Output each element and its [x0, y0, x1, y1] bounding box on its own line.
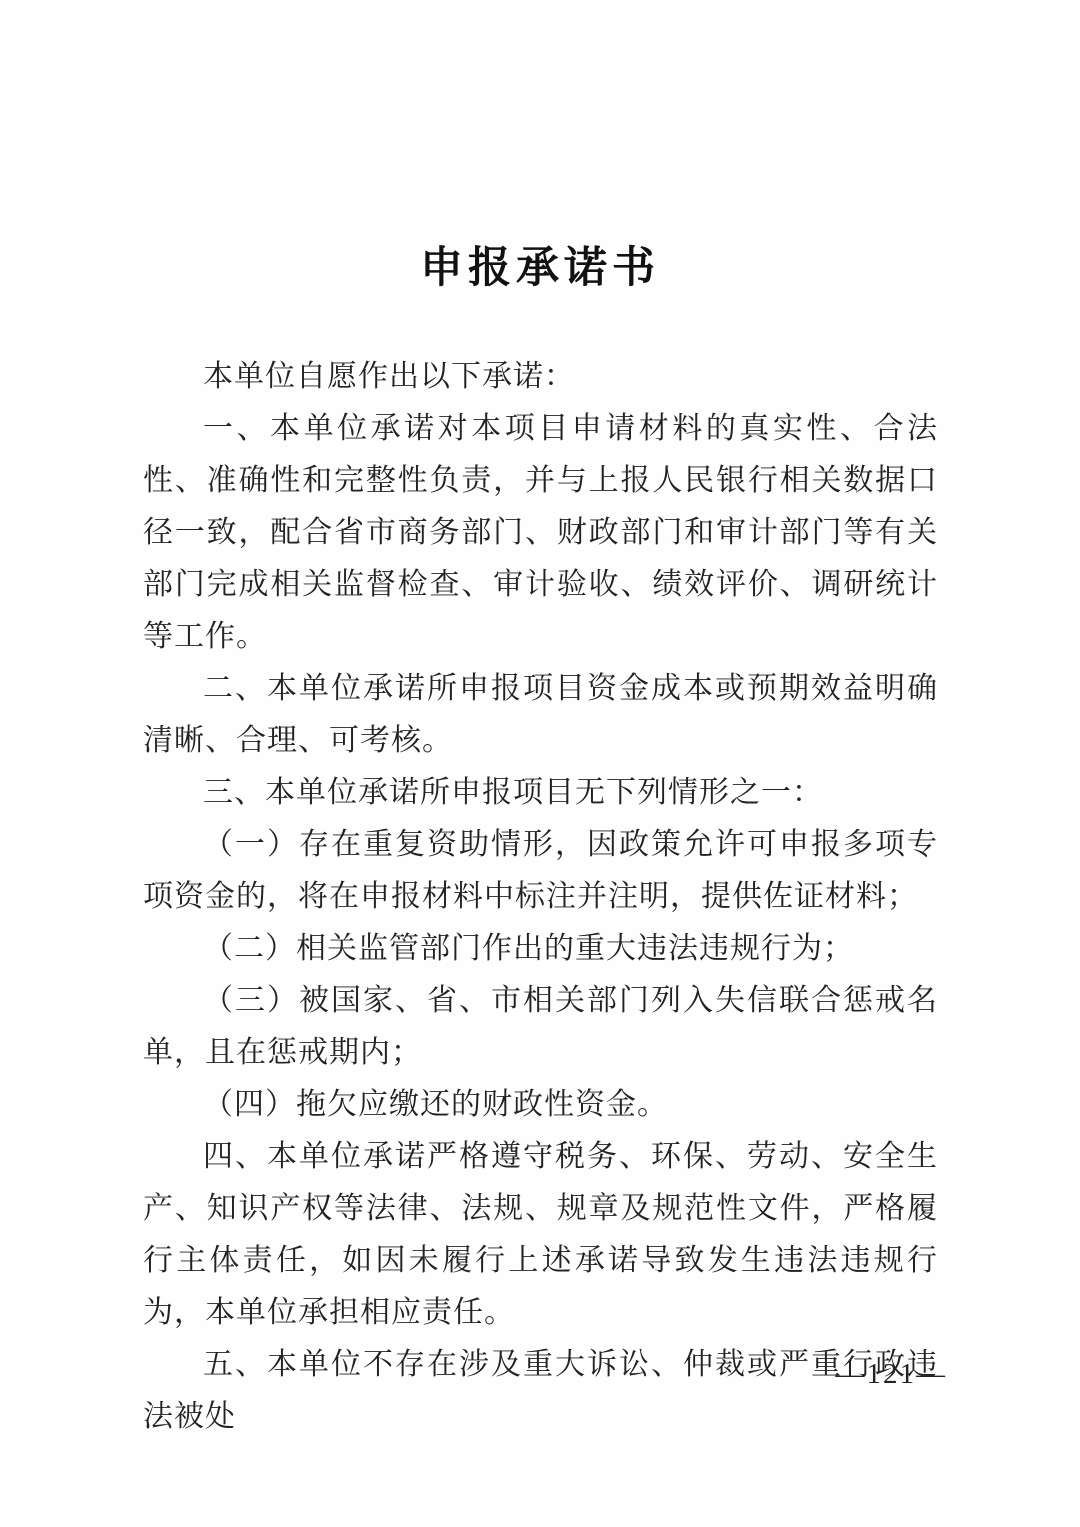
paragraph-intro: 本单位自愿作出以下承诺： — [143, 351, 938, 403]
document-body: 本单位自愿作出以下承诺： 一、本单位承诺对本项目申请材料的真实性、合法性、准确性… — [143, 351, 938, 1443]
document-page: 申报承诺书 本单位自愿作出以下承诺： 一、本单位承诺对本项目申请材料的真实性、合… — [0, 0, 1080, 1527]
paragraph-subitem-1: （一）存在重复资助情形，因政策允许可申报多项专项资金的，将在申报材料中标注并注明… — [143, 819, 938, 923]
paragraph-item-5: 五、本单位不存在涉及重大诉讼、仲裁或严重行政违法被处 — [143, 1339, 938, 1443]
paragraph-subitem-3: （三）被国家、省、市相关部门列入失信联合惩戒名单，且在惩戒期内； — [143, 975, 938, 1079]
page-number: —121— — [836, 1358, 948, 1391]
document-title: 申报承诺书 — [0, 234, 1080, 295]
paragraph-item-4: 四、本单位承诺严格遵守税务、环保、劳动、安全生产、知识产权等法律、法规、规章及规… — [143, 1131, 938, 1339]
paragraph-subitem-4: （四）拖欠应缴还的财政性资金。 — [143, 1079, 938, 1131]
paragraph-item-2: 二、本单位承诺所申报项目资金成本或预期效益明确清晰、合理、可考核。 — [143, 663, 938, 767]
paragraph-item-3: 三、本单位承诺所申报项目无下列情形之一： — [143, 767, 938, 819]
paragraph-subitem-2: （二）相关监管部门作出的重大违法违规行为； — [143, 923, 938, 975]
paragraph-item-1: 一、本单位承诺对本项目申请材料的真实性、合法性、准确性和完整性负责，并与上报人民… — [143, 403, 938, 663]
